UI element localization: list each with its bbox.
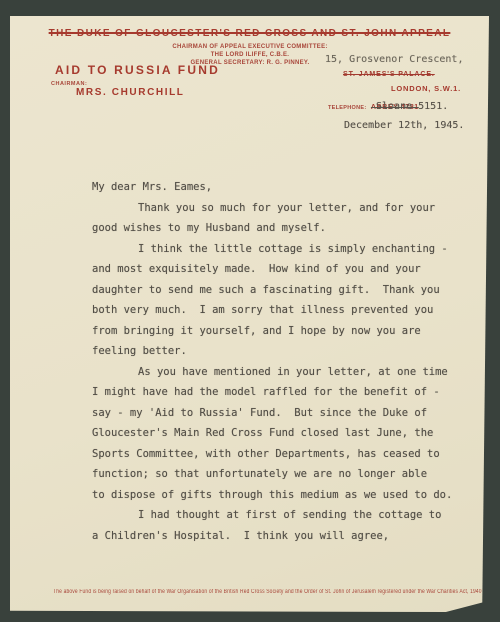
letter-line: I might have had the model raffled for t…	[92, 382, 464, 403]
letter-line: I think the little cottage is simply enc…	[92, 239, 464, 260]
chairman-name: MRS. CHURCHILL	[76, 87, 185, 98]
salutation: My dear Mrs. Eames,	[92, 177, 464, 198]
letter-line: say - my 'Aid to Russia' Fund. But since…	[92, 403, 464, 424]
letter-line: Gloucester's Main Red Cross Fund closed …	[92, 423, 464, 444]
appeal-title-struck: THE DUKE OF GLOUCESTER'S RED CROSS AND S…	[10, 28, 489, 39]
letter-line: Thank you so much for your letter, and f…	[92, 198, 464, 219]
city-line: LONDON, S.W.1.	[391, 84, 461, 93]
letter-line: from bringing it yourself, and I hope by…	[92, 321, 464, 342]
letter-line: feeling better.	[92, 341, 464, 362]
telephone-label: TELEPHONE:	[328, 105, 366, 111]
letter-body: My dear Mrs. Eames, Thank you so much fo…	[92, 177, 464, 546]
letter-line: both very much. I am sorry that illness …	[92, 300, 464, 321]
letter-line: Sports Committee, with other Departments…	[92, 444, 464, 465]
war-charities-footer: The above Fund is being raised on behalf…	[53, 589, 446, 595]
letter-line: to dispose of gifts through this medium …	[92, 485, 464, 506]
telephone-number-typed: Sloane 5151.	[376, 101, 448, 112]
fund-name: AID TO RUSSIA FUND	[55, 63, 220, 77]
letter-date: December 12th, 1945.	[344, 120, 464, 131]
letter-line: daughter to send me such a fascinating g…	[92, 280, 464, 301]
committee-chairman-line: CHAIRMAN OF APPEAL EXECUTIVE COMMITTEE:	[150, 44, 350, 52]
letter-line: As you have mentioned in your letter, at…	[92, 362, 464, 383]
photo-background: THE DUKE OF GLOUCESTER'S RED CROSS AND S…	[0, 0, 500, 622]
letter-line: and most exquisitely made. How kind of y…	[92, 259, 464, 280]
letter-line: I had thought at first of sending the co…	[92, 505, 464, 526]
letter-line: good wishes to my Husband and myself.	[92, 218, 464, 239]
committee-lord-iliffe: THE LORD ILIFFE, C.B.E.	[150, 52, 350, 60]
typed-address: 15, Grosvenor Crescent,	[325, 54, 463, 65]
struck-palace-address: ST. JAMES'S PALACE.	[343, 71, 435, 78]
letter-paper: THE DUKE OF GLOUCESTER'S RED CROSS AND S…	[10, 16, 489, 612]
letter-line: a Children's Hospital. I think you will …	[92, 526, 464, 547]
letter-line: function; so that unfortunately we are n…	[92, 464, 464, 485]
